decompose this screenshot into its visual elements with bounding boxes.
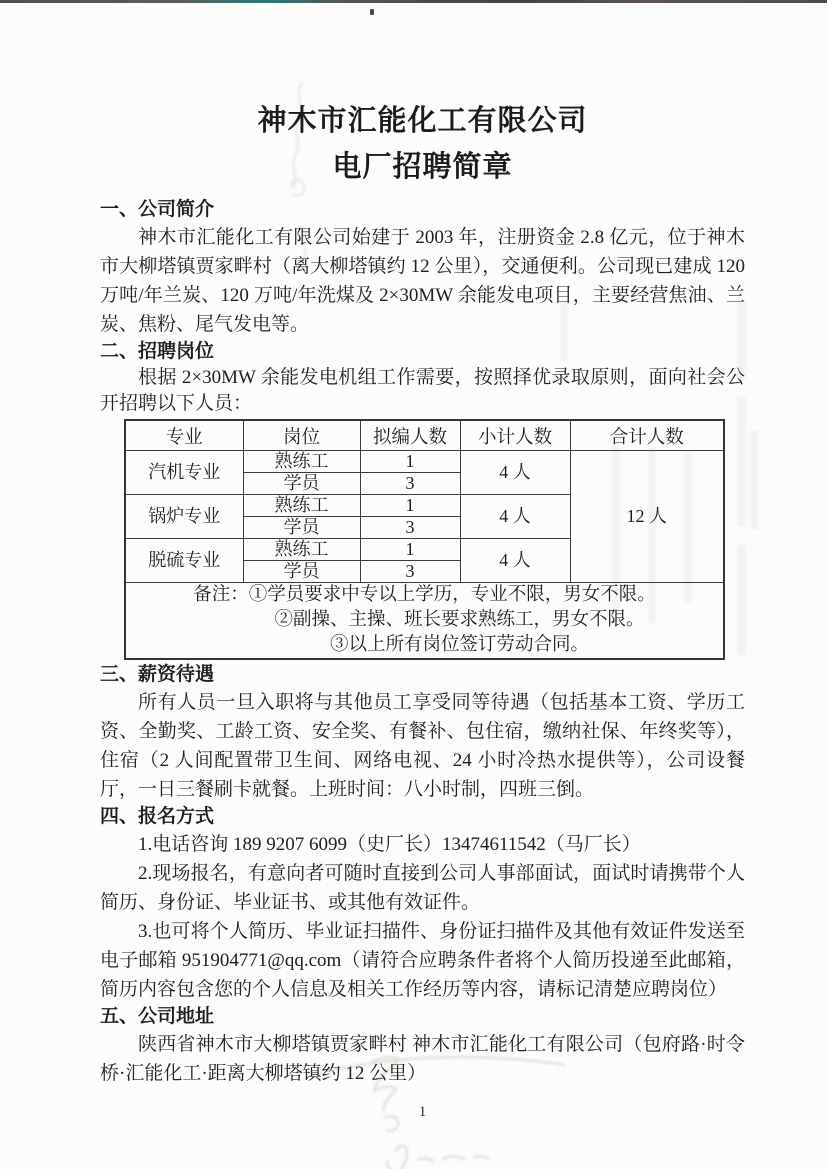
page-number: 1	[100, 1104, 745, 1121]
section-2-heading: 二、招聘岗位	[100, 339, 745, 365]
table-notes-cell: 备注：①学员要求中专以上学历，专业不限，男女不限。 ②副操、主操、班长要求熟练工…	[125, 583, 724, 660]
section-4-paragraph-phone: 1.电话咨询 189 9207 6099（史厂长）13474611542（马厂长…	[100, 830, 745, 859]
table-header-row: 专业 岗位 拟编人数 小计人数 合计人数	[125, 420, 724, 451]
subtotal-guolu: 4 人	[460, 495, 570, 539]
section-1-paragraph: 神木市汇能化工有限公司始建于 2003 年，注册资金 2.8 亿元，位于神木市大…	[100, 223, 745, 339]
section-4-paragraph-onsite: 2.现场报名，有意向者可随时直接到公司人事部面试，面试时请携带个人简历、身份证、…	[100, 859, 745, 917]
post-cell: 学员	[243, 517, 360, 539]
count-cell: 1	[360, 495, 460, 517]
count-cell: 1	[360, 451, 460, 473]
section-4-paragraph-email: 3.也可将个人简历、毕业证扫描件、身份证扫描件及其他有效证件发送至电子邮箱 95…	[100, 917, 745, 1004]
post-cell: 学员	[243, 473, 360, 495]
post-cell: 熟练工	[243, 495, 360, 517]
count-cell: 1	[360, 539, 460, 561]
post-cell: 熟练工	[243, 451, 360, 473]
major-tuoliu: 脱硫专业	[125, 539, 243, 583]
section-5-paragraph: 陕西省神木市大柳塔镇贾家畔村 神木市汇能化工有限公司（包府路·时令桥·汇能化工·…	[100, 1030, 745, 1088]
note-line-3: ③以上所有岗位签订劳动合同。	[196, 633, 723, 658]
post-cell: 熟练工	[243, 539, 360, 561]
document-content: 神木市汇能化工有限公司 电厂招聘简章 一、公司简介 神木市汇能化工有限公司始建于…	[100, 0, 745, 1121]
table-row: 汽机专业 熟练工 1 4 人 12 人	[125, 451, 724, 473]
recruitment-table: 专业 岗位 拟编人数 小计人数 合计人数 汽机专业 熟练工 1 4 人 12 人…	[124, 419, 725, 660]
col-header-total: 合计人数	[570, 420, 724, 451]
table-notes-row: 备注：①学员要求中专以上学历，专业不限，男女不限。 ②副操、主操、班长要求熟练工…	[125, 583, 724, 660]
col-header-major: 专业	[125, 420, 243, 451]
col-header-post: 岗位	[243, 420, 360, 451]
col-header-subtotal: 小计人数	[460, 420, 570, 451]
doc-title-line1: 神木市汇能化工有限公司	[100, 98, 745, 144]
doc-title-line2: 电厂招聘简章	[100, 144, 745, 190]
post-cell: 学员	[243, 561, 360, 583]
major-qiji: 汽机专业	[125, 451, 243, 495]
scanned-page: 神木市汇能化工有限公司 电厂招聘简章 一、公司简介 神木市汇能化工有限公司始建于…	[0, 0, 827, 1169]
major-guolu: 锅炉专业	[125, 495, 243, 539]
section-1-heading: 一、公司简介	[100, 197, 745, 223]
section-4-heading: 四、报名方式	[100, 804, 745, 830]
subtotal-tuoliu: 4 人	[460, 539, 570, 583]
count-cell: 3	[360, 561, 460, 583]
section-3-heading: 三、薪资待遇	[100, 662, 745, 688]
count-cell: 3	[360, 517, 460, 539]
section-2-paragraph: 根据 2×30MW 余能发电机组工作需要，按照择优录取原则，面向社会公开招聘以下…	[100, 365, 745, 417]
total-cell: 12 人	[570, 451, 724, 583]
section-3-paragraph: 所有人员一旦入职将与其他员工享受同等待遇（包括基本工资、学历工资、全勤奖、工龄工…	[100, 688, 745, 804]
section-5-heading: 五、公司地址	[100, 1004, 745, 1030]
col-header-planned: 拟编人数	[360, 420, 460, 451]
subtotal-qiji: 4 人	[460, 451, 570, 495]
count-cell: 3	[360, 473, 460, 495]
note-line-1: 备注：①学员要求中专以上学历，专业不限，男女不限。	[126, 583, 723, 608]
note-line-2: ②副操、主操、班长要求熟练工，男女不限。	[196, 608, 723, 633]
